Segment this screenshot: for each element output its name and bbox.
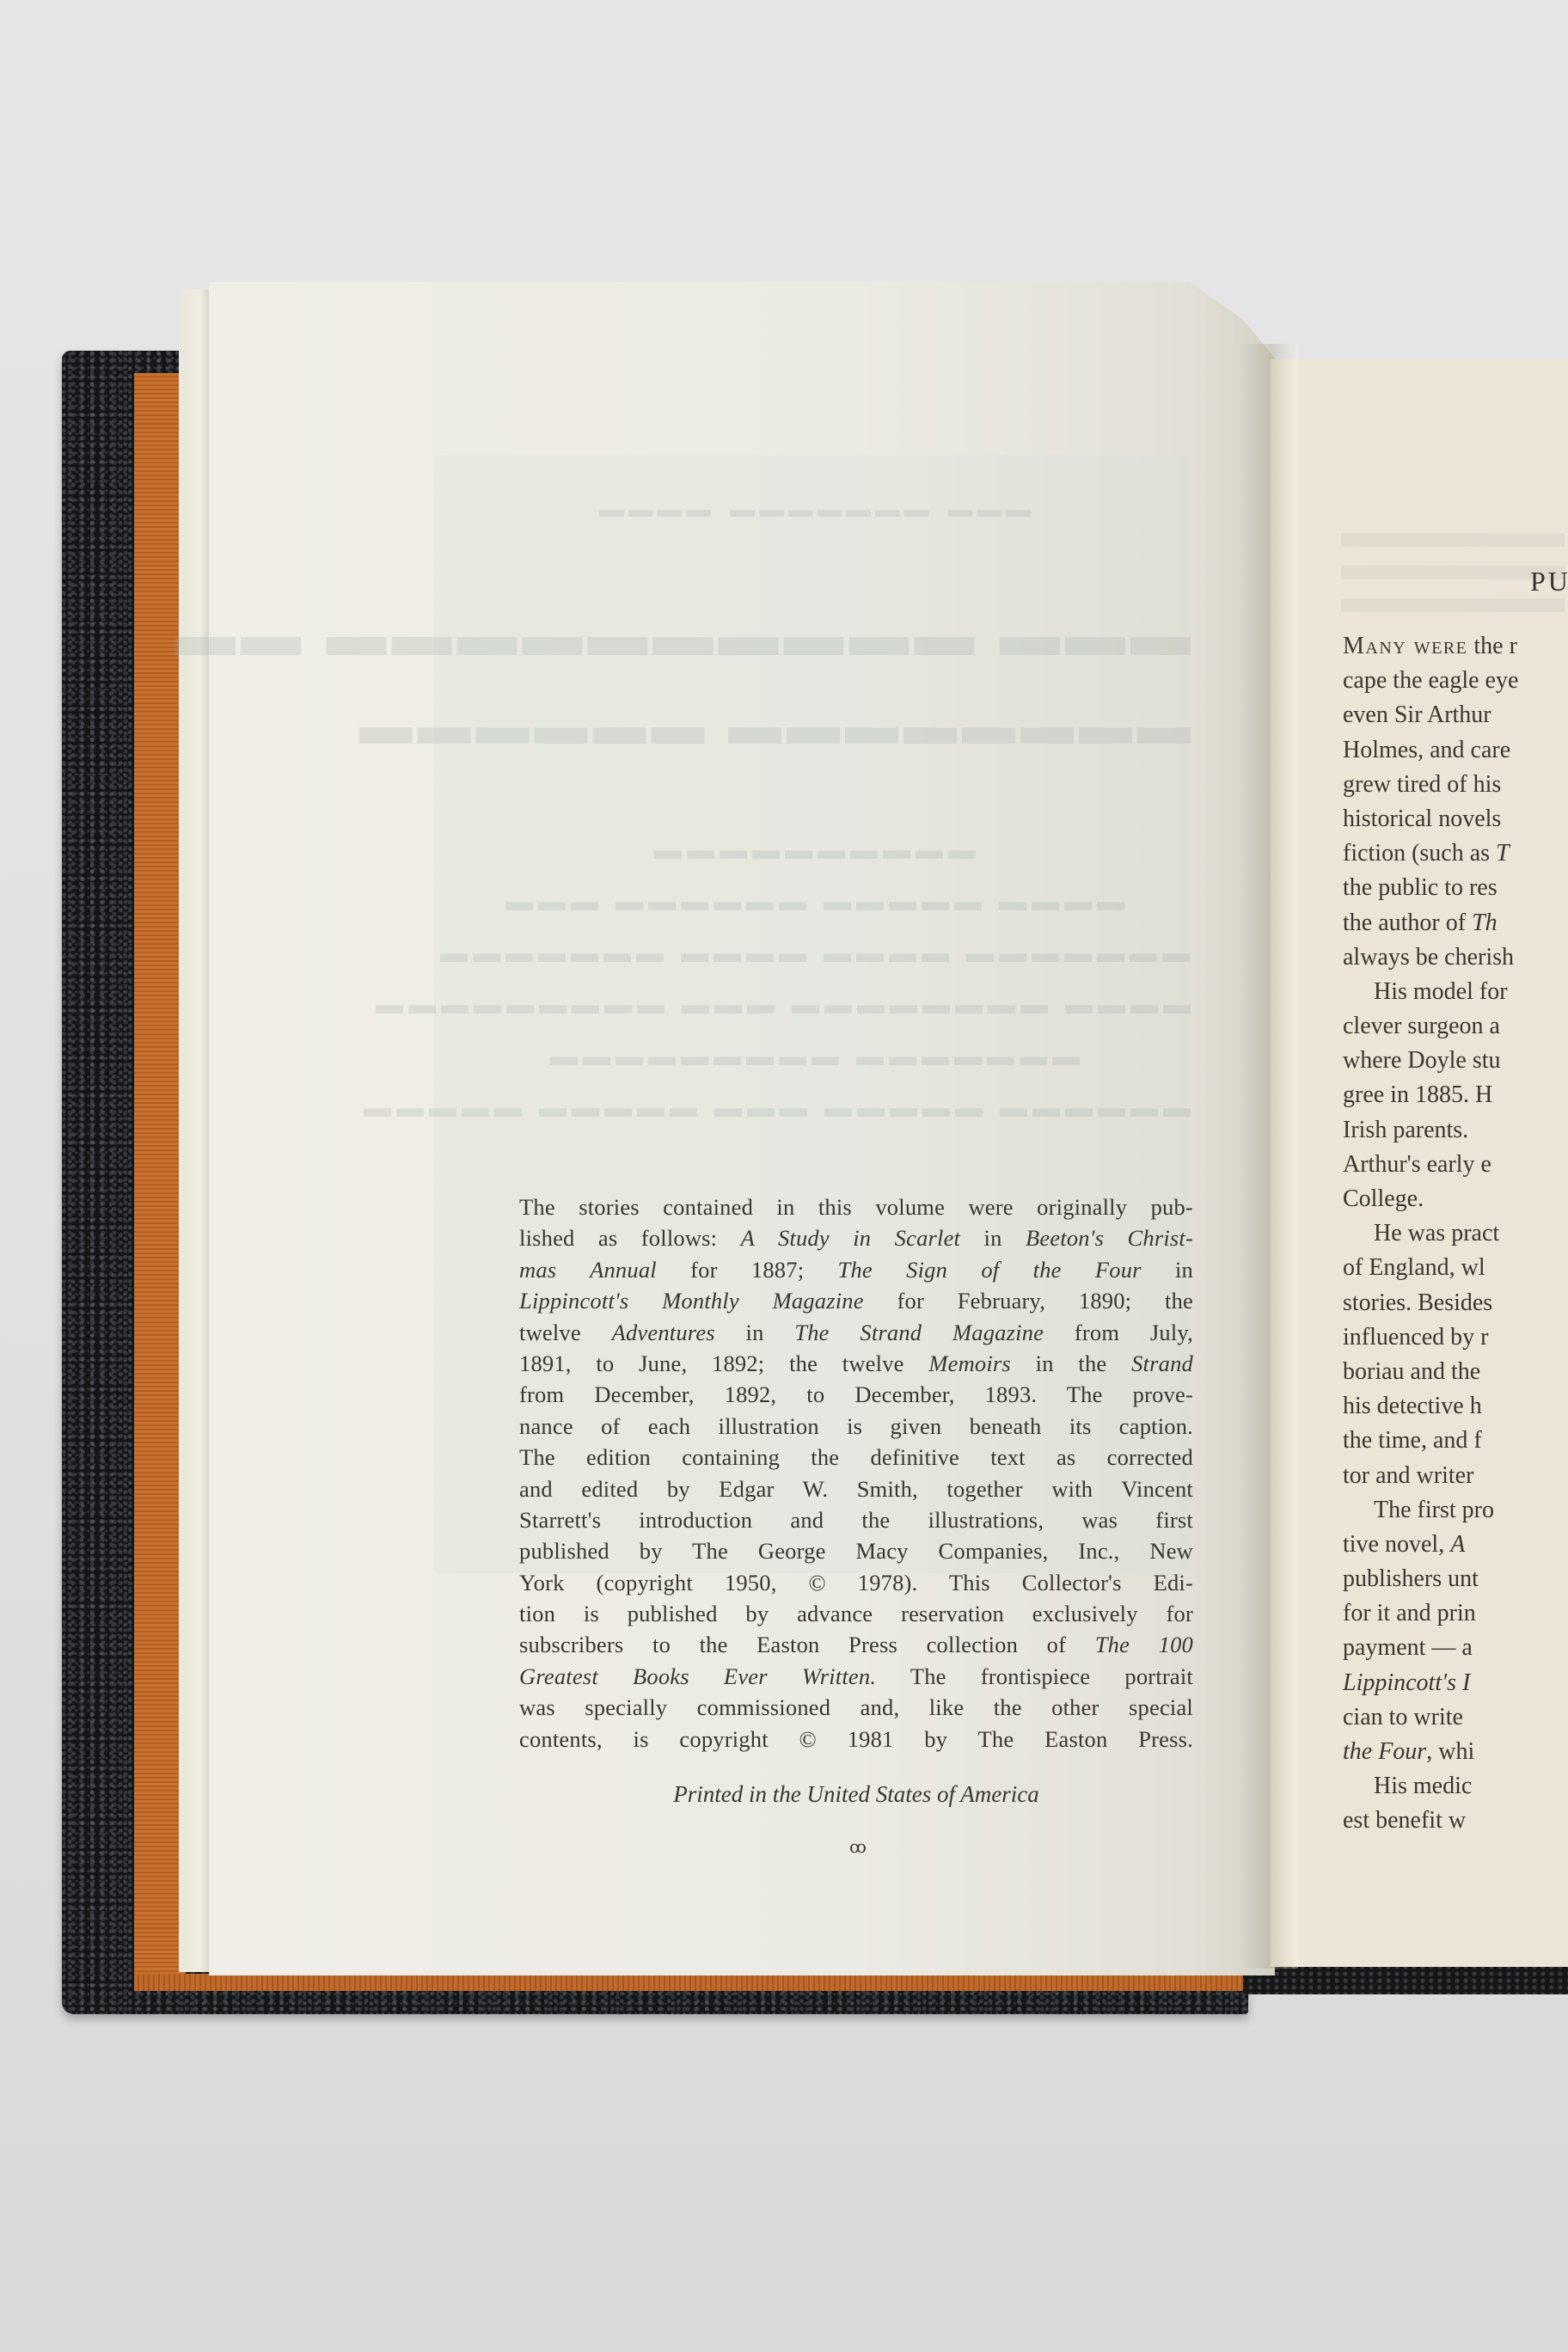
preface-line: fiction (such as T <box>1343 836 1568 871</box>
preface-line: Lippincott's I <box>1343 1666 1568 1700</box>
showthrough-line: ▬▬▬▬ ▬▬▬▬▬▬▬▬ ▬▬▬ ▬▬▬▬▬▬▬▬▬ <box>434 989 1191 1020</box>
colophon-line: and edited by Edgar W. Smith, together w… <box>519 1473 1193 1504</box>
text-run: lished as follows: <box>519 1225 741 1251</box>
showthrough-line: ▬▬▬ ▬▬▬▬▬▬▬▬▬▬ ▬▬ <box>434 602 1191 671</box>
colophon-line: York (copyright 1950, © 1978). This Coll… <box>519 1567 1193 1598</box>
italic-title: A Study in Scarlet <box>741 1225 960 1251</box>
text-run: The stories contained in this volume wer… <box>519 1194 1193 1220</box>
colophon-line: Starrett's introduction and the illustra… <box>519 1504 1193 1535</box>
text-run: for February, 1890; the <box>864 1288 1193 1314</box>
preface-line: stories. Besides <box>1343 1286 1568 1320</box>
colophon-line: contents, is copyright © 1981 by The Eas… <box>519 1724 1193 1755</box>
preface-line: gree in 1885. H <box>1343 1078 1568 1112</box>
text-run: and edited by Edgar W. Smith, together w… <box>519 1476 1193 1502</box>
preface-line: The first pro <box>1343 1493 1568 1528</box>
preface-line: Irish parents. <box>1343 1113 1568 1148</box>
text-run: published by The George Macy Companies, … <box>519 1538 1193 1564</box>
showthrough-line: ▬▬▬▬▬▬▬▬ ▬▬▬▬▬▬ <box>434 696 1191 757</box>
preface-line: historical novels <box>1343 802 1568 836</box>
text-run: in <box>960 1225 1026 1251</box>
colophon-line: Lippincott's Monthly Magazine for Februa… <box>519 1285 1193 1316</box>
showthrough-line: ▬▬▬▬▬▬▬ ▬▬▬▬▬▬▬▬▬ <box>434 1040 1191 1072</box>
colophon-line: mas Annual for 1887; The Sign of the Fou… <box>519 1254 1193 1285</box>
text-run: The frontispiece portrait <box>876 1663 1193 1689</box>
text-run: The edition containing the definitive te… <box>519 1444 1193 1470</box>
preface-line: the author of Th <box>1343 906 1568 940</box>
italic-title: mas Annual <box>519 1257 657 1283</box>
colophon-line: The edition containing the definitive te… <box>519 1442 1193 1473</box>
italic-title: Adventures <box>612 1320 715 1345</box>
italic-title: Greatest Books Ever Written. <box>519 1663 876 1689</box>
preface-line: the Four, whi <box>1343 1735 1568 1769</box>
text-run: for 1887; <box>657 1257 838 1283</box>
italic-title: The Strand Magazine <box>794 1320 1044 1345</box>
italic-title: Strand <box>1131 1351 1193 1376</box>
preface-line: Holmes, and care <box>1343 733 1568 768</box>
preface-line: where Doyle stu <box>1343 1044 1568 1078</box>
preface-text-block: Many were the rcape the eagle eyeeven Si… <box>1343 629 1568 1839</box>
preface-line: His model for <box>1343 975 1568 1009</box>
italic-title: Memoirs <box>928 1351 1011 1376</box>
text-run: 1891, to June, 1892; the twelve <box>519 1351 928 1376</box>
preface-line: clever surgeon a <box>1343 1009 1568 1044</box>
preface-line: publishers unt <box>1343 1562 1568 1596</box>
italic-title: Beeton's Christ- <box>1026 1225 1193 1251</box>
colophon-line: from December, 1892, to December, 1893. … <box>519 1379 1193 1410</box>
colophon-line: was specially commissioned and, like the… <box>519 1692 1193 1723</box>
preface-line: the time, and f <box>1343 1424 1568 1458</box>
colophon-line: twelve Adventures in The Strand Magazine… <box>519 1317 1193 1348</box>
text-run: twelve <box>519 1320 612 1345</box>
colophon-line: published by The George Macy Companies, … <box>519 1535 1193 1566</box>
preface-line: College. <box>1343 1182 1568 1216</box>
preface-line: always be cherish <box>1343 940 1568 975</box>
text-run: was specially commissioned and, like the… <box>519 1694 1193 1720</box>
preface-line: for it and prin <box>1343 1596 1568 1631</box>
colophon-line: tion is published by advance reservation… <box>519 1598 1193 1629</box>
italic-title: The Sign of the Four <box>838 1257 1142 1283</box>
preface-line: His medic <box>1343 1769 1568 1804</box>
preface-line: tive novel, A <box>1343 1528 1568 1562</box>
text-run: from December, 1892, to December, 1893. … <box>519 1381 1193 1407</box>
endpaper-bottom-edge <box>134 1974 1243 1991</box>
showthrough-line: ▬▬▬▬▬▬▬▬▬▬ <box>434 834 1191 866</box>
preface-line: influenced by r <box>1343 1320 1568 1355</box>
colophon-text-block: The stories contained in this volume wer… <box>519 1191 1193 1755</box>
preface-line: his detective h <box>1343 1389 1568 1424</box>
showthrough-line: ▬▬▬▬▬▬ ▬▬▬▬▬ ▬▬▬ ▬▬▬▬▬ ▬▬▬▬▬ <box>434 1092 1191 1124</box>
printer-mark-icon: ꝏ <box>849 1836 867 1858</box>
showthrough-line: ▬▬▬▬ ▬▬▬▬▬ ▬▬▬▬▬▬ ▬▬▬ <box>434 885 1191 917</box>
text-run: in the <box>1011 1351 1131 1376</box>
text-run: Starrett's introduction and the illustra… <box>519 1507 1193 1533</box>
preface-line: the public to res <box>1343 871 1568 905</box>
preface-line: boriau and the <box>1343 1355 1568 1389</box>
preface-line: cian to write <box>1343 1700 1568 1735</box>
preface-line: Many were the r <box>1343 629 1568 664</box>
colophon-line: lished as follows: A Study in Scarlet in… <box>519 1222 1193 1253</box>
text-run: nance of each illustration is given bene… <box>519 1413 1193 1439</box>
preface-line: payment — a <box>1343 1631 1568 1665</box>
colophon-line: nance of each illustration is given bene… <box>519 1411 1193 1442</box>
colophon-line: The stories contained in this volume wer… <box>519 1191 1193 1222</box>
colophon-line: subscribers to the Easton Press collecti… <box>519 1629 1193 1660</box>
preface-line: even Sir Arthur <box>1343 698 1568 732</box>
text-run: tion is published by advance reservation… <box>519 1601 1193 1626</box>
book-gutter-shadow <box>1238 344 1298 1969</box>
showthrough-line: ▬▬▬▬▬▬▬ ▬▬▬▬ ▬▬▬▬ ▬▬▬▬▬▬▬ <box>434 937 1191 969</box>
italic-title: Lippincott's Monthly Magazine <box>519 1288 864 1314</box>
preface-line: He was pract <box>1343 1216 1568 1251</box>
preface-line: est benefit w <box>1343 1804 1568 1838</box>
text-run: in <box>1142 1257 1193 1283</box>
colophon-line: 1891, to June, 1892; the twelve Memoirs … <box>519 1348 1193 1379</box>
text-run: York (copyright 1950, © 1978). This Coll… <box>519 1570 1193 1596</box>
preface-line: grew tired of his <box>1343 768 1568 802</box>
italic-title: The 100 <box>1095 1632 1193 1657</box>
preface-line: of England, wl <box>1343 1251 1568 1285</box>
colophon-line: Greatest Books Ever Written. The frontis… <box>519 1661 1193 1692</box>
text-run: subscribers to the Easton Press collecti… <box>519 1632 1095 1657</box>
preface-line: Arthur's early e <box>1343 1148 1568 1182</box>
text-run: in <box>715 1320 794 1345</box>
text-run: contents, is copyright © 1981 by The Eas… <box>519 1726 1193 1752</box>
preface-heading: PU <box>1530 566 1568 597</box>
preface-line: tor and writer <box>1343 1459 1568 1493</box>
preface-line: cape the eagle eye <box>1343 664 1568 698</box>
printed-in-line: Printed in the United States of America <box>519 1781 1193 1808</box>
text-run: from July, <box>1044 1320 1193 1345</box>
page-leaf-edge <box>179 289 211 1972</box>
showthrough-line: ━━━ ━━━━━━━ ━━━━ <box>434 490 1191 536</box>
